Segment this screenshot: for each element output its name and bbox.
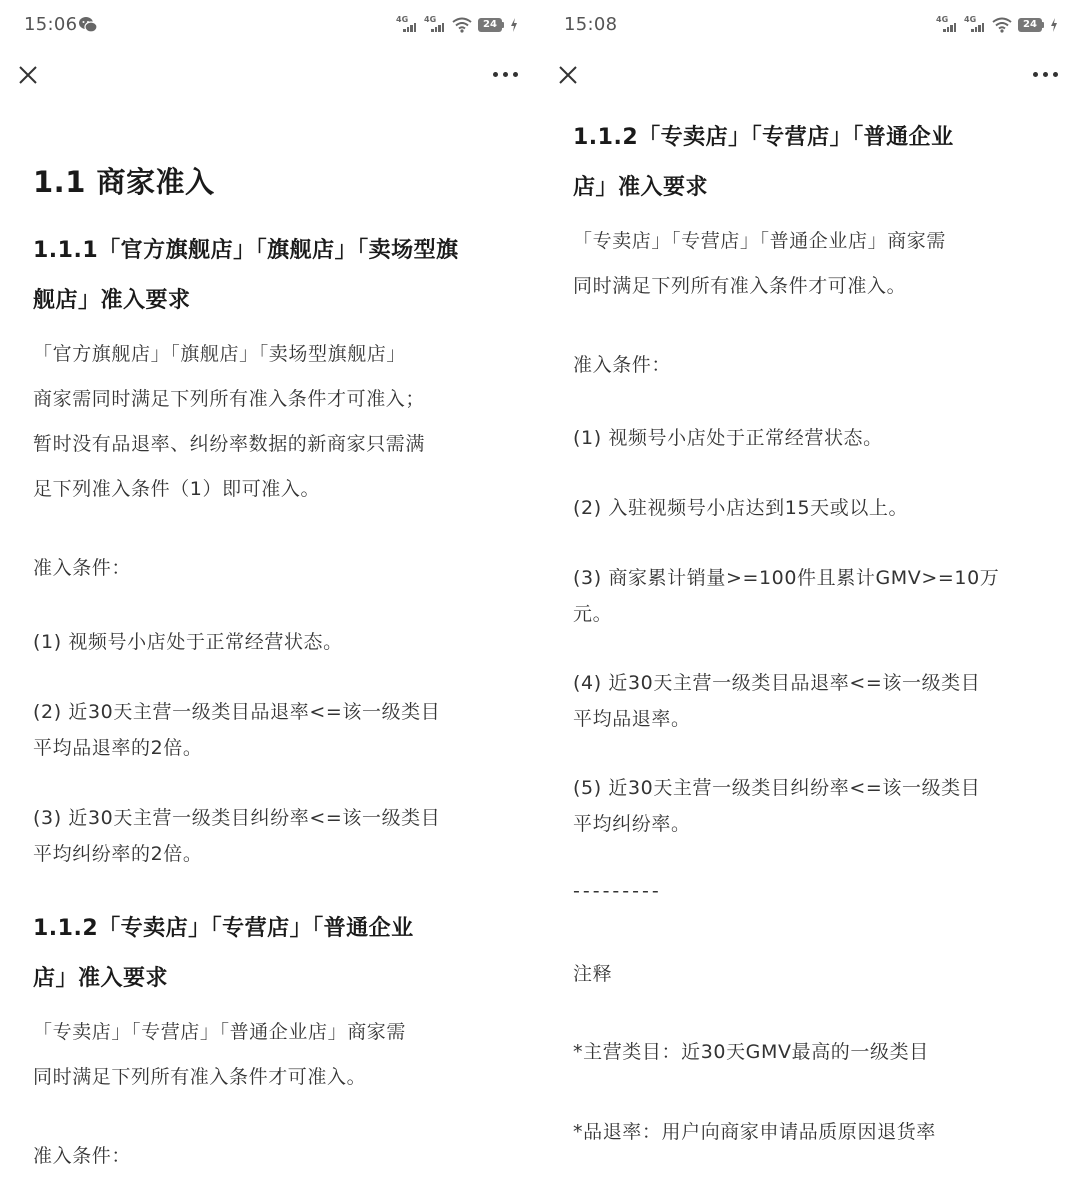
note-item: *主营类目：近30天GMV最高的一级类目 — [573, 1030, 1043, 1075]
page-title: 1.1 商家准入 — [33, 162, 503, 202]
close-icon[interactable] — [556, 63, 580, 87]
charging-icon — [1050, 18, 1058, 32]
more-icon[interactable] — [493, 72, 518, 77]
conditions-label: 准入条件： — [573, 343, 1043, 388]
cellular-signal-icon: 4G — [424, 16, 446, 34]
condition-item: (3) 近30天主营一级类目纠纷率<=该一级类目 — [33, 800, 503, 836]
condition-item-cont: 平均品退率。 — [573, 701, 1043, 737]
status-time: 15:08 — [564, 14, 617, 35]
intro-line: 暂时没有品退率、纠纷率数据的新商家只需满 — [33, 422, 503, 467]
condition-item: (2) 近30天主营一级类目品退率<=该一级类目 — [33, 694, 503, 730]
section-heading-1-1-2-cont: 店」准入要求 — [33, 954, 503, 1004]
right-screen: 15:08 4G 4G 24 — [540, 0, 1080, 1200]
condition-item-cont: 元。 — [573, 596, 1043, 632]
intro-line: 「官方旗舰店」「旗舰店」「卖场型旗舰店」 — [33, 332, 503, 377]
conditions-label: 准入条件： — [33, 1134, 503, 1179]
condition-item: (1) 视频号小店处于正常经营状态。 — [33, 624, 503, 660]
more-icon[interactable] — [1033, 72, 1058, 77]
condition-item: (4) 近30天主营一级类目品退率<=该一级类目 — [573, 665, 1043, 701]
cellular-signal-icon: 4G — [964, 16, 986, 34]
separator: --------- — [573, 880, 1043, 902]
section-heading-1-1-2: 1.1.2「专卖店」「专营店」「普通企业 — [573, 113, 1043, 163]
left-screen: 15:06 4G 4G 24 — [0, 0, 540, 1200]
intro-line: 足下列准入条件（1）即可准入。 — [33, 467, 503, 512]
status-bar: 15:08 4G 4G 24 — [540, 0, 1080, 52]
nav-bar — [0, 52, 540, 98]
condition-item: (2) 入驻视频号小店达到15天或以上。 — [573, 490, 1043, 526]
status-bar: 15:06 4G 4G 24 — [0, 0, 540, 52]
section-heading-1-1-1-cont: 舰店」准入要求 — [33, 276, 503, 326]
nav-bar — [540, 52, 1080, 98]
intro-line: 商家需同时满足下列所有准入条件才可准入； — [33, 377, 503, 422]
section-heading-1-1-2-cont: 店」准入要求 — [573, 163, 1043, 213]
intro-line: 「专卖店」「专营店」「普通企业店」商家需 — [573, 219, 1043, 264]
battery-icon: 24 — [478, 18, 504, 32]
condition-item-cont: 平均纠纷率的2倍。 — [33, 836, 503, 872]
intro-line: 同时满足下列所有准入条件才可准入。 — [33, 1055, 503, 1100]
condition-item-cont: 平均纠纷率。 — [573, 806, 1043, 842]
battery-icon: 24 — [1018, 18, 1044, 32]
section-heading-1-1-2: 1.1.2「专卖店」「专营店」「普通企业 — [33, 904, 503, 954]
condition-item: (3) 商家累计销量>=100件且累计GMV>=10万 — [573, 560, 1043, 596]
note-item: *品退率：用户向商家申请品质原因退货率 — [573, 1110, 1043, 1155]
section-heading-1-1-1: 1.1.1「官方旗舰店」「旗舰店」「卖场型旗 — [33, 226, 503, 276]
cellular-signal-icon: 4G — [396, 16, 418, 34]
wifi-icon — [992, 17, 1012, 33]
intro-line: 「专卖店」「专营店」「普通企业店」商家需 — [33, 1010, 503, 1055]
conditions-label: 准入条件： — [33, 546, 503, 591]
cellular-signal-icon: 4G — [936, 16, 958, 34]
status-time: 15:06 — [24, 14, 77, 35]
notes-title: 注释 — [573, 952, 1043, 997]
condition-item: (1) 视频号小店处于正常经营状态。 — [573, 420, 1043, 456]
condition-item: (5) 近30天主营一级类目纠纷率<=该一级类目 — [573, 770, 1043, 806]
wechat-icon — [78, 16, 98, 34]
condition-item-cont: 平均品退率的2倍。 — [33, 730, 503, 766]
intro-line: 同时满足下列所有准入条件才可准入。 — [573, 264, 1043, 309]
charging-icon — [510, 18, 518, 32]
wifi-icon — [452, 17, 472, 33]
close-icon[interactable] — [16, 63, 40, 87]
